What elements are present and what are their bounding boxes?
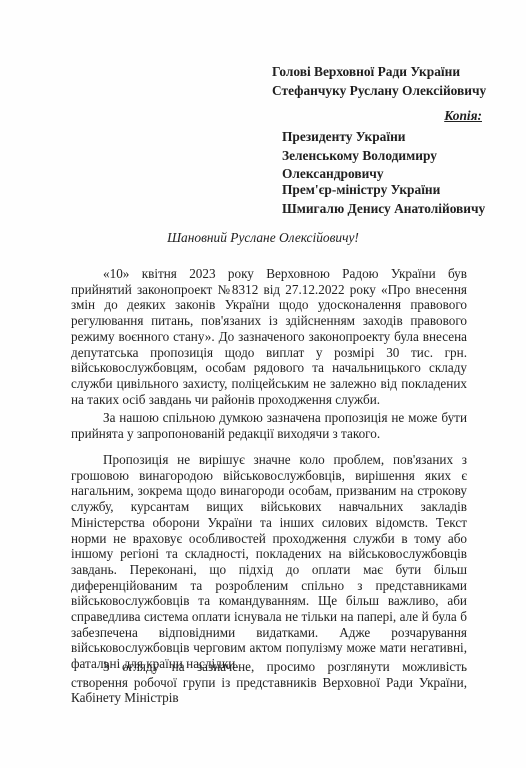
paragraph-4: З огляду на зазначене, просимо розглянут… [71,659,467,706]
copy-recipient-name: Шмигалю Денису Анатолійовичу [282,200,485,219]
addressee-block: Голові Верховної Ради України Стефанчуку… [272,62,486,100]
paragraph-2: За нашою спільною думкою зазначена пропо… [71,410,467,441]
letter-page: Голові Верховної Ради України Стефанчуку… [0,0,526,768]
paragraph-1: «10» квітня 2023 року Верховною Радою Ук… [71,266,467,407]
paragraph-text: За нашою спільною думкою зазначена пропо… [71,410,467,441]
copy-recipient-name: Зеленському Володимиру [282,147,437,166]
addressee-title: Голові Верховної Ради України [272,62,486,81]
paragraph-3: Пропозиція не вирішує значне коло пробле… [71,452,467,672]
copy-recipient-president: Президенту України Зеленському Володимир… [282,128,437,184]
paragraph-text: «10» квітня 2023 року Верховною Радою Ук… [71,266,467,407]
paragraph-text: Пропозиція не вирішує значне коло пробле… [71,452,467,672]
copy-recipient-title: Президенту України [282,128,437,147]
paragraph-text: З огляду на зазначене, просимо розглянут… [71,659,467,706]
copy-recipient-title: Прем'єр-міністру України [282,181,485,200]
addressee-name: Стефанчуку Руслану Олексійовичу [272,81,486,100]
copy-recipient-prime-minister: Прем'єр-міністру України Шмигалю Денису … [282,181,485,218]
copy-label: Копія: [444,108,482,124]
salutation: Шановний Руслане Олексійовичу! [0,230,526,246]
